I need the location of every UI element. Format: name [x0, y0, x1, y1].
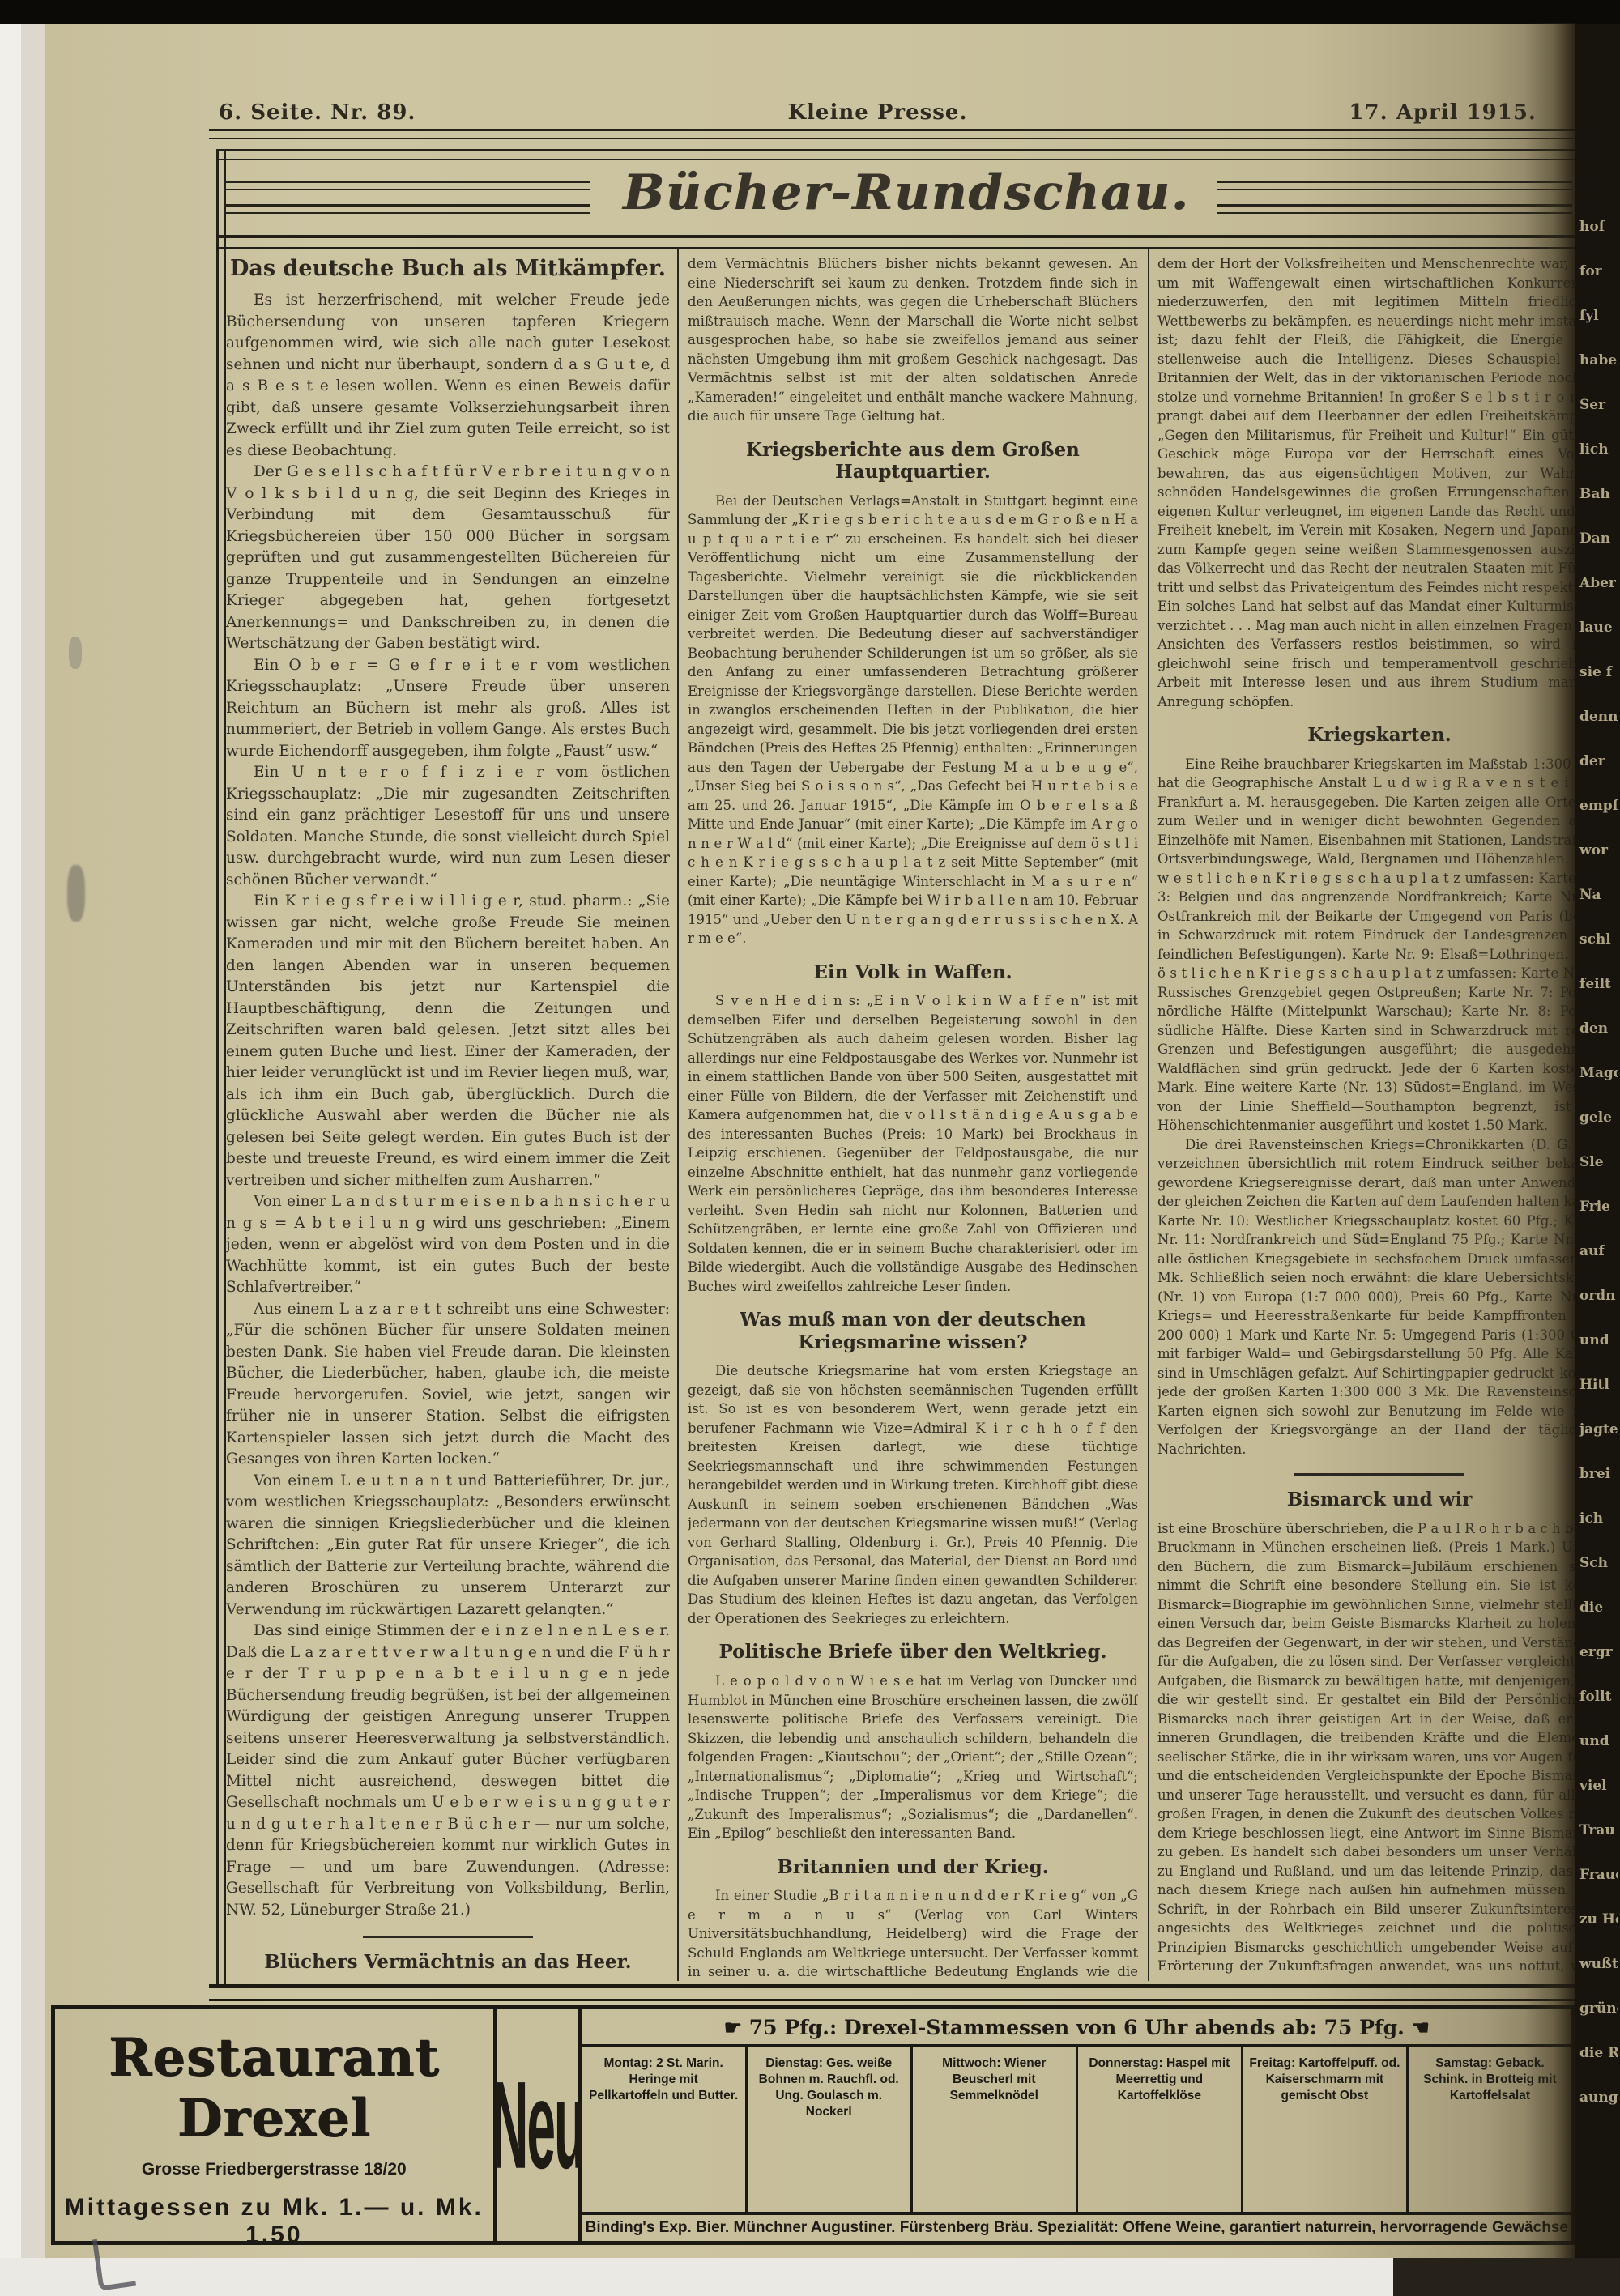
- menu-days-row: Montag: 2 St. Marin. Heringe mit Pellkar…: [582, 2047, 1571, 2212]
- torn-page-text-fragment: Aber: [1579, 575, 1618, 591]
- article-paragraph: Ein U n t e r o f f i z i e r vom östlic…: [226, 762, 670, 891]
- article-paragraph: Ein K r i e g s f r e i w i l l i g e r,…: [226, 891, 670, 1191]
- article-paragraph: ist eine Broschüre überschrieben, die P …: [1157, 1519, 1575, 1979]
- masthead-rules-right: [1217, 181, 1572, 214]
- torn-page-text-fragment: und: [1579, 1332, 1618, 1348]
- torn-page-text-fragment: lich: [1579, 441, 1618, 458]
- article-paragraph: Die deutsche Kriegsmarine hat vom ersten…: [688, 1361, 1138, 1628]
- torn-page-text-fragment: schl: [1579, 931, 1618, 948]
- article-paragraph: L e o p o l d v o n W i e s e hat im Ver…: [688, 1672, 1138, 1843]
- torn-page-text-fragment: Na: [1579, 887, 1618, 903]
- advert-separator-rule: [209, 1984, 1575, 2001]
- article-paragraph: dem der Hort der Volksfreiheiten und Men…: [1157, 254, 1575, 711]
- menu-day-cell: Donnerstag: Haspel mit Meerrettig und Ka…: [1078, 2047, 1243, 2212]
- article-heading: Britannien und der Krieg.: [688, 1856, 1138, 1879]
- weekly-menu: ☛ 75 Pfg.: Drexel-Stammessen von 6 Uhr a…: [582, 2009, 1571, 2241]
- article-heading: Politische Briefe über den Weltkrieg.: [688, 1641, 1138, 1663]
- menu-day-cell: Samstag: Geback. Schink. in Brotteig mit…: [1409, 2047, 1571, 2212]
- scanned-newspaper-page: 6. Seite. Nr. 89. Kleine Presse. 17. Apr…: [0, 0, 1620, 2296]
- torn-page-text-fragment: denn: [1579, 709, 1618, 725]
- torn-page-text-fragment: ich: [1579, 1510, 1618, 1527]
- section-divider: [1294, 1473, 1464, 1476]
- menu-day-cell: Freitag: Kartoffelpuff. od. Kaiserschmar…: [1243, 2047, 1409, 2212]
- torn-page-text-fragment: follt: [1579, 1689, 1618, 1705]
- torn-page-text-fragment: der: [1579, 753, 1618, 769]
- torn-page-text-fragment: feilt: [1579, 976, 1618, 992]
- torn-page-text-fragment: gründli: [1579, 2000, 1618, 2017]
- torn-page-text-fragment: wor: [1579, 842, 1618, 858]
- article-paragraph: Ein O b e r = G e f r e i t e r vom west…: [226, 655, 670, 763]
- article-heading: Das deutsche Buch als Mitkämpfer.: [226, 256, 670, 282]
- adjacent-page-fragments: hofforfylhabeSerlichBahDanAberlauesie fd…: [1579, 219, 1618, 2106]
- manicule-left-icon: ☚: [1412, 2016, 1430, 2039]
- manicule-right-icon: ☛: [724, 2016, 742, 2039]
- article-paragraph: Bei der Deutschen Verlags=Anstalt in Stu…: [688, 492, 1138, 948]
- torn-page-text-fragment: Trau: [1579, 1822, 1618, 1838]
- restaurant-address: Grosse Friedbergerstrasse 18/20: [55, 2160, 493, 2179]
- torn-page-text-fragment: empf: [1579, 798, 1618, 814]
- article-heading: Was muß man von der deutschen Kriegsmari…: [688, 1309, 1138, 1353]
- torn-page-text-fragment: jagte: [1579, 1421, 1618, 1438]
- restaurant-name: Restaurant Drexel: [55, 2027, 493, 2149]
- torn-page-text-fragment: Dan: [1579, 530, 1618, 547]
- frame-rule-left: [216, 149, 226, 1986]
- article-heading: Ein Volk in Waffen.: [688, 961, 1138, 984]
- article-paragraph: Die drei Ravensteinschen Kriegs=Chronikk…: [1157, 1135, 1575, 1459]
- torn-page-text-fragment: ergr: [1579, 1644, 1618, 1660]
- article-paragraph: S v e n H e d i n s: „E i n V o l k i n …: [688, 991, 1138, 1296]
- article-paragraph: Es ist herzerfrischend, mit welcher Freu…: [226, 290, 670, 462]
- masthead-title: Bücher-Rundschau.: [623, 164, 1190, 221]
- menu-day-cell: Montag: 2 St. Marin. Heringe mit Pellkar…: [582, 2047, 748, 2212]
- article-paragraph: dem Vermächtnis Blüchers bisher nichts b…: [688, 254, 1138, 426]
- header-rule: [209, 129, 1575, 139]
- article-column-2: dem Vermächtnis Blüchers bisher nichts b…: [688, 254, 1138, 1979]
- article-column-1: Das deutsche Buch als Mitkämpfer.Es ist …: [226, 254, 670, 1979]
- column-divider: [1148, 248, 1149, 1981]
- torn-page-text-fragment: viel: [1579, 1778, 1618, 1794]
- article-paragraph: In einer Studie „B r i t a n n i e n u n…: [688, 1886, 1138, 1979]
- article-heading: Kriegskarten.: [1157, 724, 1575, 747]
- torn-page-text-fragment: die: [1579, 1600, 1618, 1616]
- article-heading: Blüchers Vermächtnis an das Heer.: [226, 1951, 670, 1974]
- pencil-mark-artifact: [92, 2234, 136, 2291]
- torn-page-text-fragment: Bah: [1579, 486, 1618, 502]
- torn-page-text-fragment: for: [1579, 263, 1618, 279]
- torn-page-text-fragment: ordn: [1579, 1288, 1618, 1304]
- menu-day-cell: Mittwoch: Wiener Beuscherl mit Semmelknö…: [913, 2047, 1078, 2212]
- article-paragraph: Eine Reihe brauchbarer Kriegskarten im M…: [1157, 755, 1575, 1135]
- torn-page-text-fragment: aung an: [1579, 2089, 1618, 2106]
- article-paragraph: Von einem L e u t n a n t und Batteriefü…: [226, 1471, 670, 1621]
- masthead-rules-left: [224, 181, 590, 214]
- torn-page-text-fragment: sie f: [1579, 664, 1618, 680]
- article-paragraph: Von einer L a n d s t u r m e i s e n b …: [226, 1191, 670, 1299]
- torn-page-text-fragment: Frie: [1579, 1199, 1618, 1215]
- article-heading: Kriegsberichte aus dem Großen Hauptquart…: [688, 439, 1138, 483]
- torn-page-text-fragment: wußte,: [1579, 1956, 1618, 1972]
- issue-date: 17. April 1915.: [1098, 100, 1537, 125]
- advert-left-panel: Restaurant Drexel Grosse Friedbergerstra…: [55, 2009, 497, 2241]
- torn-page-text-fragment: fyl: [1579, 308, 1618, 324]
- torn-page-text-fragment: habe: [1579, 352, 1618, 368]
- article-heading: Bismarck und wir: [1157, 1489, 1575, 1511]
- torn-page-text-fragment: Magd: [1579, 1065, 1618, 1081]
- torn-page-text-fragment: hof: [1579, 219, 1618, 235]
- menu-footer: Binding's Exp. Bier. Münchner Augustiner…: [582, 2212, 1571, 2241]
- newspaper-title: Kleine Presse.: [658, 100, 1097, 125]
- page-header: 6. Seite. Nr. 89. Kleine Presse. 17. Apr…: [219, 100, 1537, 125]
- torn-page-text-fragment: gele: [1579, 1110, 1618, 1126]
- masthead-bottom-rule: [216, 235, 1575, 249]
- page-number: 6. Seite. Nr. 89.: [219, 100, 658, 125]
- new-badge: Neu: [497, 2009, 582, 2241]
- scanner-margin-bottom-dark: [1393, 2258, 1620, 2296]
- scanner-margin-top: [0, 0, 1620, 24]
- scanner-margin-bottom: [0, 2258, 1393, 2296]
- masthead: Bücher-Rundschau.: [224, 162, 1572, 232]
- restaurant-advert: Restaurant Drexel Grosse Friedbergerstra…: [51, 2005, 1575, 2245]
- torn-page-text-fragment: laue: [1579, 620, 1618, 636]
- article-paragraph: Das sind einige Stimmen der e i n z e l …: [226, 1621, 670, 1921]
- torn-page-text-fragment: die Rol: [1579, 2045, 1618, 2061]
- scan-artifact: [67, 865, 85, 922]
- torn-page-text-fragment: den: [1579, 1020, 1618, 1037]
- column-divider: [677, 248, 679, 1981]
- section-divider: [363, 1936, 533, 1938]
- article-paragraph: Aus einem L a z a r e t t schreibt uns e…: [226, 1299, 670, 1471]
- menu-header: ☛ 75 Pfg.: Drexel-Stammessen von 6 Uhr a…: [582, 2009, 1571, 2047]
- scanner-margin-left: [0, 0, 45, 2296]
- article-paragraph: Der G e s e l l s c h a f t f ü r V e r …: [226, 462, 670, 655]
- torn-page-text-fragment: brei: [1579, 1466, 1618, 1482]
- article-column-3: dem der Hort der Volksfreiheiten und Men…: [1157, 254, 1575, 1979]
- torn-page-text-fragment: zu Hof: [1579, 1911, 1618, 1928]
- torn-page-text-fragment: auf: [1579, 1243, 1618, 1259]
- torn-page-text-fragment: Sle: [1579, 1154, 1618, 1170]
- torn-page-text-fragment: Ser: [1579, 397, 1618, 413]
- frame-rule-top: [216, 149, 1575, 160]
- torn-page-text-fragment: Sch: [1579, 1555, 1618, 1571]
- torn-page-text-fragment: Hitl: [1579, 1377, 1618, 1393]
- scan-artifact: [69, 637, 82, 669]
- menu-header-text: 75 Pfg.: Drexel-Stammessen von 6 Uhr abe…: [742, 2016, 1411, 2039]
- torn-page-text-fragment: und: [1579, 1733, 1618, 1749]
- torn-page-text-fragment: Frauen: [1579, 1867, 1618, 1883]
- menu-day-cell: Dienstag: Ges. weiße Bohnen m. Rauchfl. …: [748, 2047, 913, 2212]
- newspaper-page: 6. Seite. Nr. 89. Kleine Presse. 17. Apr…: [45, 23, 1575, 2258]
